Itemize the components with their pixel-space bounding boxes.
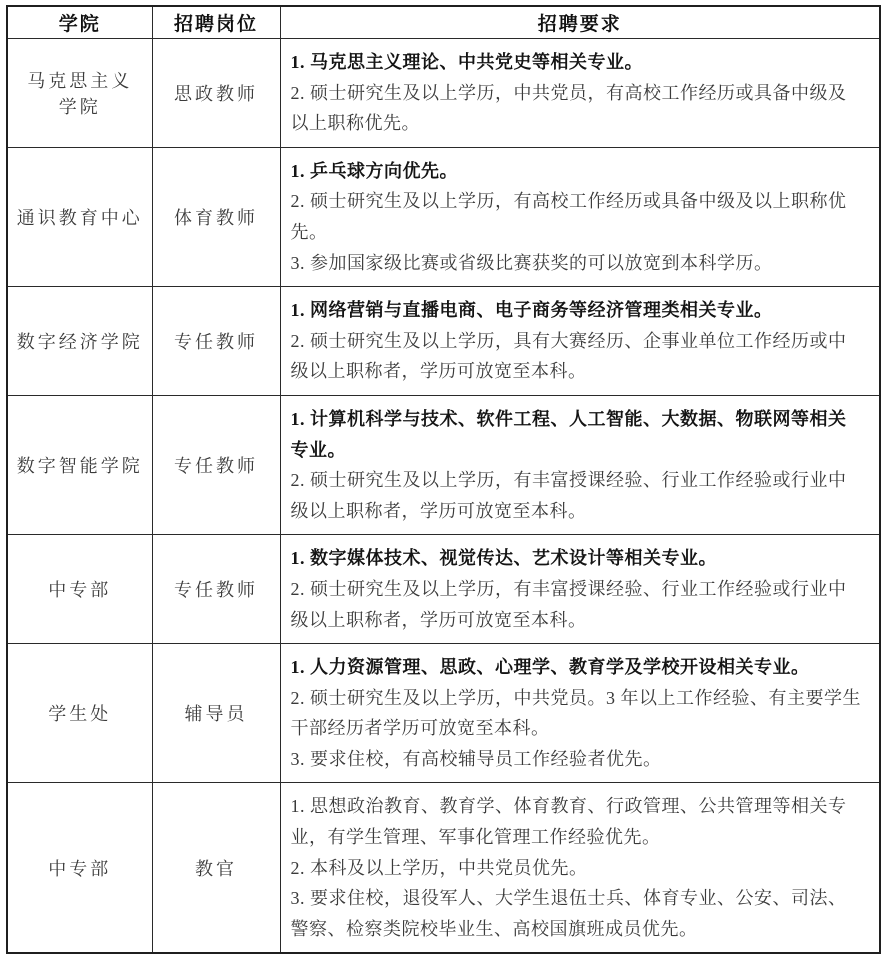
requirement-item: 3. 参加国家级比赛或省级比赛获奖的可以放宽到本科学历。 <box>291 248 864 279</box>
col-header-position: 招聘岗位 <box>152 6 280 39</box>
requirement-item: 1. 马克思主义理论、中共党史等相关专业。 <box>291 47 864 78</box>
requirement-item: 2. 硕士研究生及以上学历，有丰富授课经验、行业工作经验或行业中级以上职称者，学… <box>291 465 864 526</box>
college-cell: 通识教育中心 <box>7 147 152 286</box>
requirement-item: 1. 思想政治教育、教育学、体育教育、行政管理、公共管理等相关专业，有学生管理、… <box>291 791 864 852</box>
table-row: 马克思主义 学院 思政教师 1. 马克思主义理论、中共党史等相关专业。2. 硕士… <box>7 39 880 148</box>
requirement-item: 2. 本科及以上学历，中共党员优先。 <box>291 853 864 884</box>
college-cell: 中专部 <box>7 535 152 644</box>
header-row: 学院 招聘岗位 招聘要求 <box>7 6 880 39</box>
recruitment-table-container: 学院 招聘岗位 招聘要求 马克思主义 学院 思政教师 1. 马克思主义理论、中共… <box>0 0 887 959</box>
col-header-requirements: 招聘要求 <box>280 6 880 39</box>
requirements-cell: 1. 网络营销与直播电商、电子商务等经济管理类相关专业。2. 硕士研究生及以上学… <box>280 287 880 396</box>
requirements-cell: 1. 思想政治教育、教育学、体育教育、行政管理、公共管理等相关专业，有学生管理、… <box>280 783 880 953</box>
college-cell: 学生处 <box>7 644 152 783</box>
table-row: 学生处 辅导员 1. 人力资源管理、思政、心理学、教育学及学校开设相关专业。2.… <box>7 644 880 783</box>
requirement-item: 2. 硕士研究生及以上学历，有高校工作经历或具备中级及以上职称优先。 <box>291 186 864 247</box>
requirement-item: 1. 乒乓球方向优先。 <box>291 156 864 187</box>
requirement-item: 1. 网络营销与直播电商、电子商务等经济管理类相关专业。 <box>291 295 864 326</box>
requirement-item: 2. 硕士研究生及以上学历，中共党员。3 年以上工作经验、有主要学生干部经历者学… <box>291 683 864 744</box>
requirement-item: 2. 硕士研究生及以上学历，具有大赛经历、企事业单位工作经历或中级以上职称者，学… <box>291 326 864 387</box>
requirement-item: 3. 要求住校，有高校辅导员工作经验者优先。 <box>291 744 864 775</box>
requirements-cell: 1. 计算机科学与技术、软件工程、人工智能、大数据、物联网等相关专业。2. 硕士… <box>280 395 880 534</box>
requirements-cell: 1. 乒乓球方向优先。2. 硕士研究生及以上学历，有高校工作经历或具备中级及以上… <box>280 147 880 286</box>
college-cell: 数字智能学院 <box>7 395 152 534</box>
position-cell: 思政教师 <box>152 39 280 148</box>
requirements-cell: 1. 马克思主义理论、中共党史等相关专业。2. 硕士研究生及以上学历，中共党员，… <box>280 39 880 148</box>
requirements-cell: 1. 数字媒体技术、视觉传达、艺术设计等相关专业。2. 硕士研究生及以上学历，有… <box>280 535 880 644</box>
table-row: 数字智能学院 专任教师 1. 计算机科学与技术、软件工程、人工智能、大数据、物联… <box>7 395 880 534</box>
position-cell: 专任教师 <box>152 395 280 534</box>
col-header-college: 学院 <box>7 6 152 39</box>
requirement-item: 3. 要求住校，退役军人、大学生退伍士兵、体育专业、公安、司法、警察、检察类院校… <box>291 883 864 944</box>
requirement-item: 1. 数字媒体技术、视觉传达、艺术设计等相关专业。 <box>291 543 864 574</box>
table-row: 数字经济学院 专任教师 1. 网络营销与直播电商、电子商务等经济管理类相关专业。… <box>7 287 880 396</box>
position-cell: 专任教师 <box>152 535 280 644</box>
requirement-item: 1. 计算机科学与技术、软件工程、人工智能、大数据、物联网等相关专业。 <box>291 404 864 465</box>
table-row: 通识教育中心 体育教师 1. 乒乓球方向优先。2. 硕士研究生及以上学历，有高校… <box>7 147 880 286</box>
table-row: 中专部 专任教师 1. 数字媒体技术、视觉传达、艺术设计等相关专业。2. 硕士研… <box>7 535 880 644</box>
position-cell: 教官 <box>152 783 280 953</box>
position-cell: 专任教师 <box>152 287 280 396</box>
requirement-item: 2. 硕士研究生及以上学历，有丰富授课经验、行业工作经验或行业中级以上职称者，学… <box>291 574 864 635</box>
position-cell: 辅导员 <box>152 644 280 783</box>
requirement-item: 1. 人力资源管理、思政、心理学、教育学及学校开设相关专业。 <box>291 652 864 683</box>
table-body: 马克思主义 学院 思政教师 1. 马克思主义理论、中共党史等相关专业。2. 硕士… <box>7 39 880 954</box>
requirements-cell: 1. 人力资源管理、思政、心理学、教育学及学校开设相关专业。2. 硕士研究生及以… <box>280 644 880 783</box>
position-cell: 体育教师 <box>152 147 280 286</box>
college-cell: 中专部 <box>7 783 152 953</box>
college-cell: 马克思主义 学院 <box>7 39 152 148</box>
table-row: 中专部 教官 1. 思想政治教育、教育学、体育教育、行政管理、公共管理等相关专业… <box>7 783 880 953</box>
recruitment-table: 学院 招聘岗位 招聘要求 马克思主义 学院 思政教师 1. 马克思主义理论、中共… <box>6 5 881 954</box>
requirement-item: 2. 硕士研究生及以上学历，中共党员，有高校工作经历或具备中级及以上职称优先。 <box>291 78 864 139</box>
college-cell: 数字经济学院 <box>7 287 152 396</box>
